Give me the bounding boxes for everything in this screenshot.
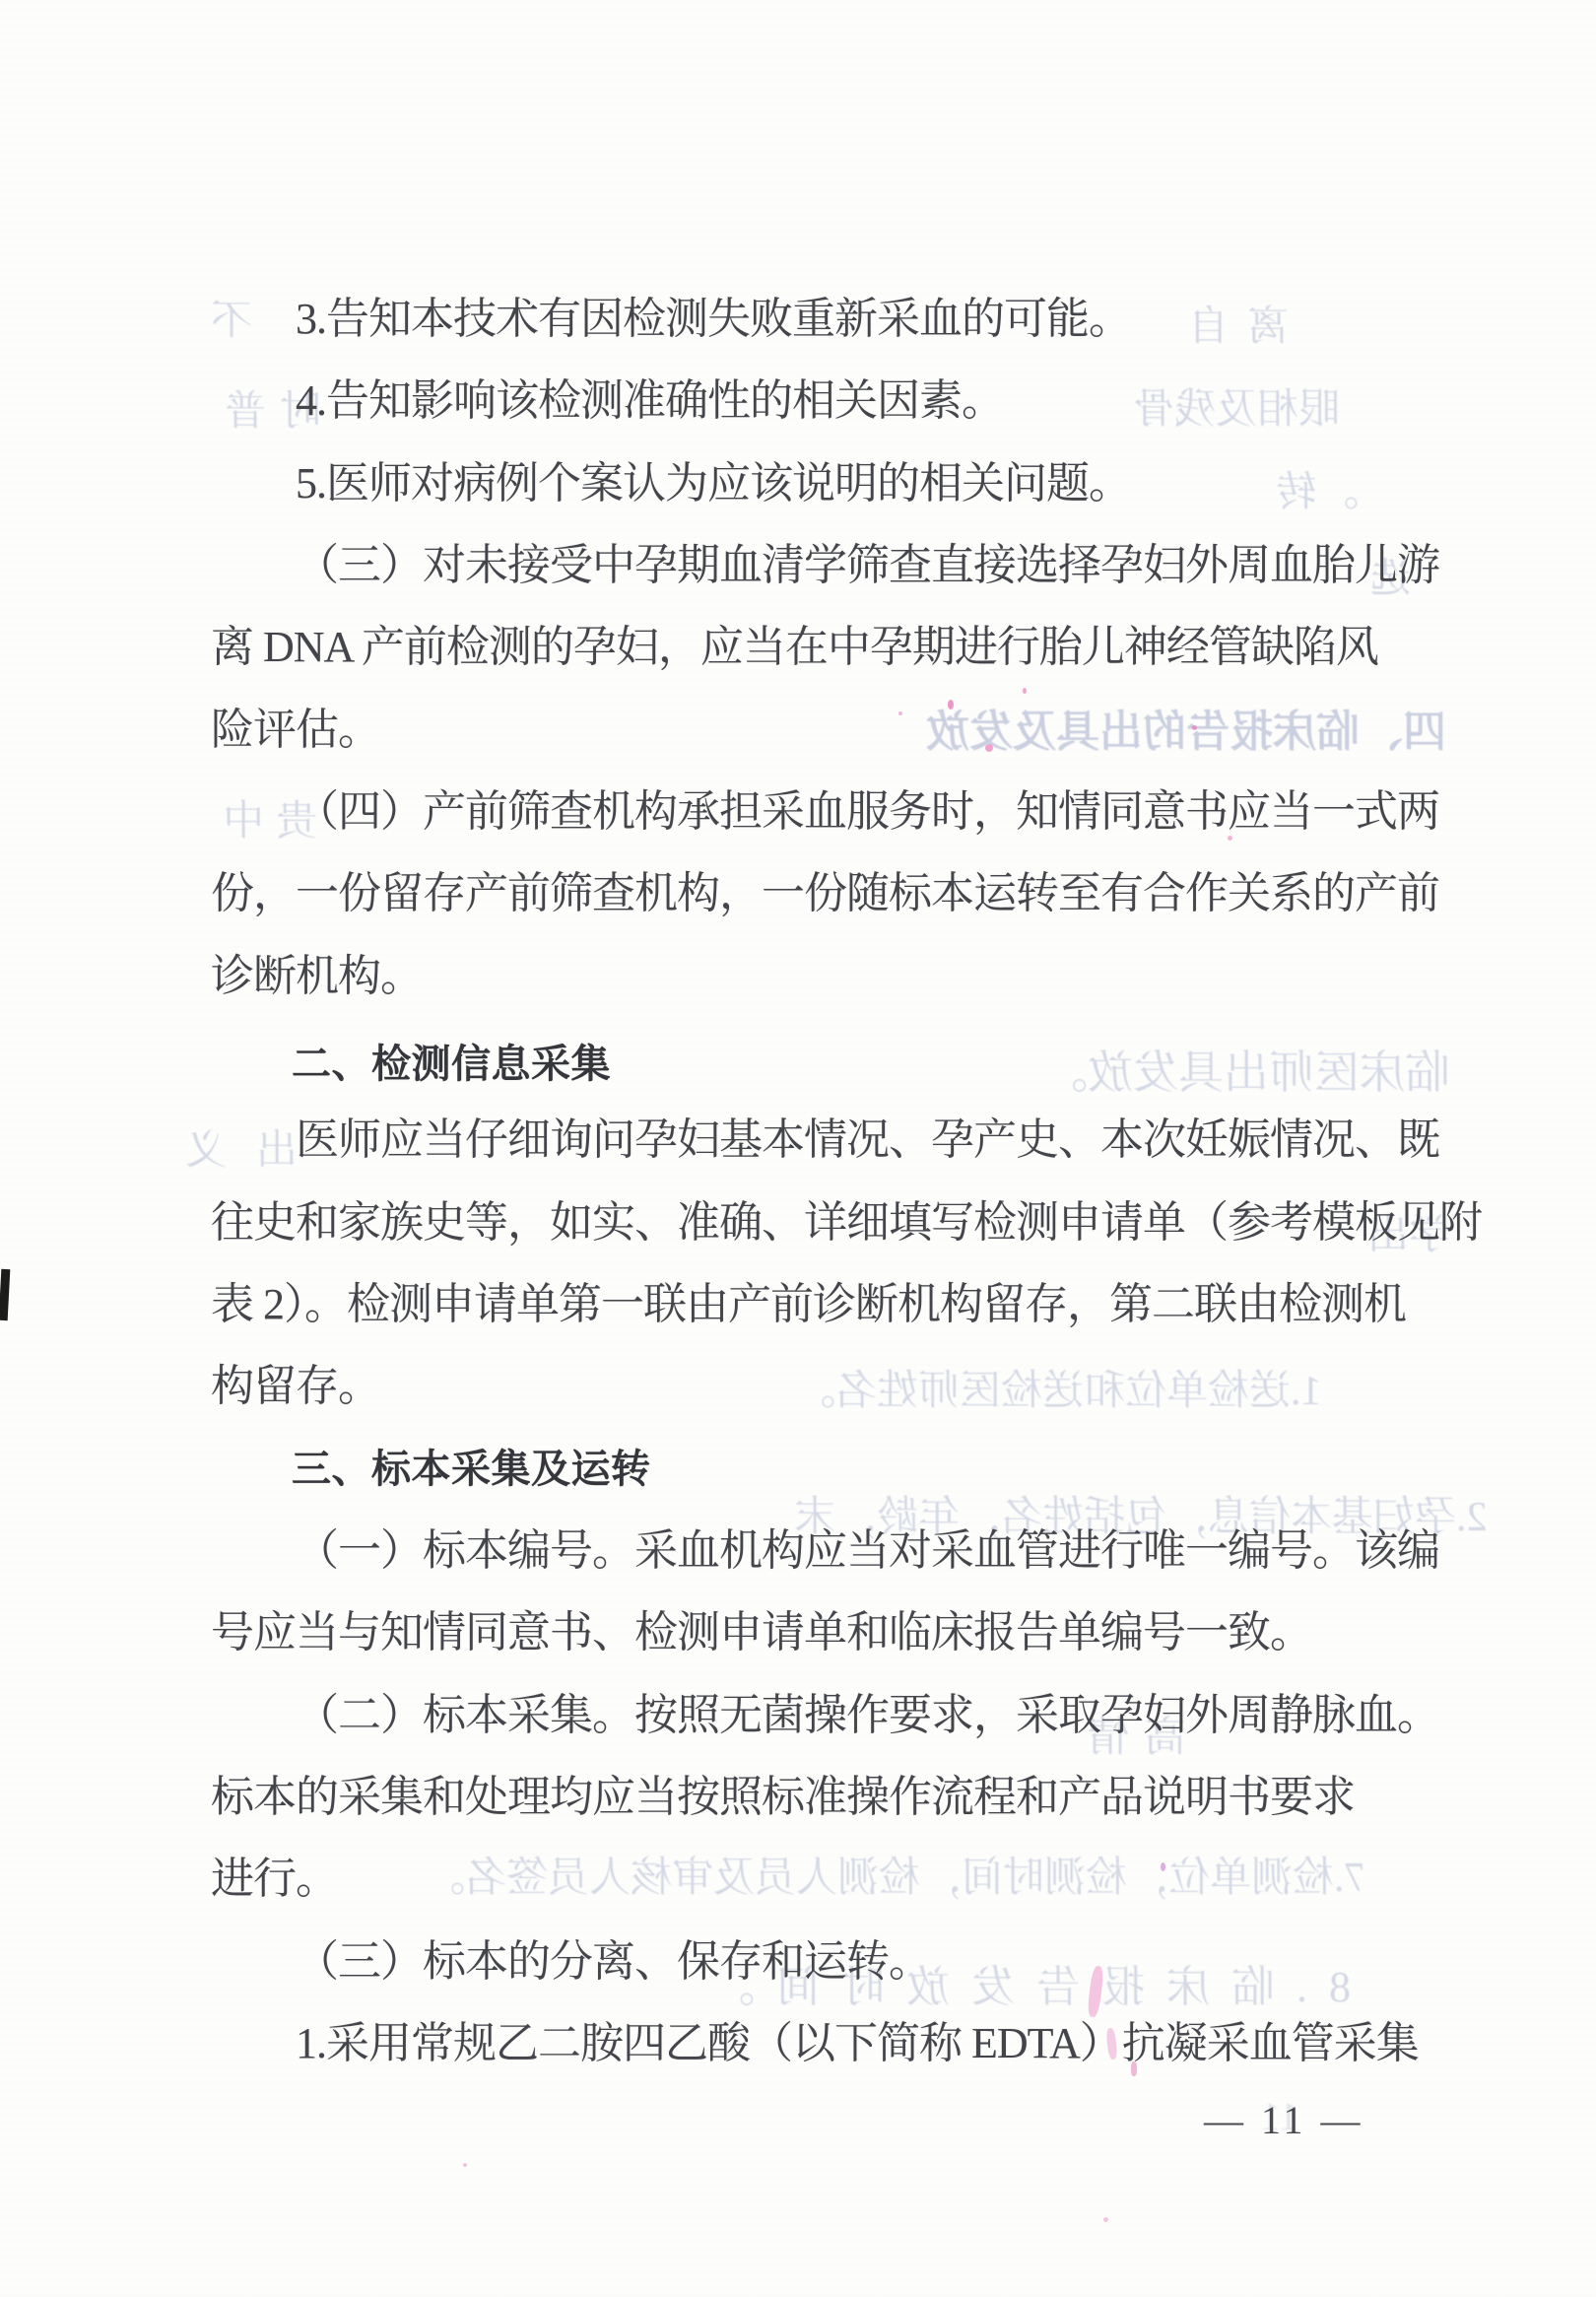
- pink-mark: [985, 744, 993, 752]
- pink-mark: [1161, 1862, 1165, 1871]
- bleedthrough-line: 四、临床报告的出具及发放: [926, 696, 1446, 759]
- text-line: 5.医师对病例个案认为应该说明的相关问题。: [296, 460, 1131, 507]
- bleedthrough-fragment: 出义: [156, 1117, 298, 1177]
- pink-mark: [948, 700, 954, 709]
- text-line: 3.告知本技术有因检测失败重新采血的可能。: [296, 296, 1131, 343]
- text-line: （二）标本采集。按照无菌操作要求，采取孕妇外周静脉血。: [296, 1692, 1439, 1739]
- text-line: 4.告知影响该检测准确性的相关因素。: [296, 377, 1004, 425]
- text-line: 份，一份留存产前筛查机构，一份随标本运转至有合作关系的产前: [211, 870, 1439, 917]
- text-line: 往史和家族史等，如实、准确、详细填写检测申请单（参考模板见附: [211, 1199, 1482, 1247]
- pink-mark: [463, 2163, 467, 2167]
- text-line: 进行。: [211, 1856, 338, 1903]
- bleedthrough-fragment: 眼相及残骨: [1133, 376, 1340, 436]
- text-line: （三）对未接受中孕期血清学筛查直接选择孕妇外周血胎儿游: [296, 542, 1439, 589]
- pink-mark: [898, 711, 902, 715]
- page-number: — 11 —: [1204, 2097, 1364, 2143]
- bleedthrough-line: 1.送检单位和送检医师姓名。: [794, 1358, 1322, 1417]
- text-line: 诊断机构。: [211, 953, 423, 1000]
- text-line: （四）产前筛查机构承担采血服务时，知情同意书应当一式两: [296, 788, 1439, 836]
- bleedthrough-fragment: 离自: [1170, 294, 1289, 353]
- text-line: （一）标本编号。采血机构应当对采血管进行唯一编号。该编: [296, 1527, 1439, 1575]
- bleedthrough-line: 临床医师出具发放。: [1042, 1037, 1450, 1102]
- text-line: 号应当与知情同意书、检测申请单和临床报告单编号一致。: [211, 1609, 1312, 1656]
- bleedthrough-fragment: 不: [211, 288, 252, 347]
- text-line: 构留存。: [211, 1363, 380, 1410]
- pink-mark: [1103, 2217, 1108, 2222]
- section-heading: 三、标本采集及运转: [292, 1446, 651, 1493]
- section-heading: 二、检测信息采集: [292, 1041, 611, 1088]
- pink-mark: [1228, 836, 1232, 841]
- text-line: 险评估。: [211, 707, 380, 754]
- pink-mark: [1131, 2061, 1137, 2076]
- pink-mark: [1192, 725, 1197, 730]
- scan-artifact: [0, 1269, 10, 1320]
- text-line: 医师应当仔细询问孕妇基本情况、孕产史、本次妊娠情况、既: [296, 1116, 1439, 1164]
- pink-mark: [1023, 688, 1027, 694]
- text-line: （三）标本的分离、保存和运转。: [296, 1938, 931, 1986]
- scanned-document-page: 四、临床报告的出具及发放 临床医师出具发放。 1.送检单位和送检医师姓名。 2.…: [0, 0, 1596, 2297]
- text-line: 表 2）。检测申请单第一联由产前诊断机构留存，第二联由检测机: [211, 1281, 1406, 1328]
- text-line: 1.采用常规乙二胺四乙酸（以下简称 EDTA）抗凝采血管采集: [296, 2020, 1419, 2067]
- text-line: 标本的采集和处理均应当按照标准操作流程和产品说明书要求: [211, 1774, 1355, 1821]
- text-line: 离 DNA 产前检测的孕妇，应当在中孕期进行胎儿神经管缺陷风: [211, 624, 1378, 671]
- bleedthrough-line: 7.检测单位，检测时间，检测人员及审核人员签名。: [424, 1845, 1365, 1904]
- bleedthrough-fragment: 。转: [1276, 459, 1359, 518]
